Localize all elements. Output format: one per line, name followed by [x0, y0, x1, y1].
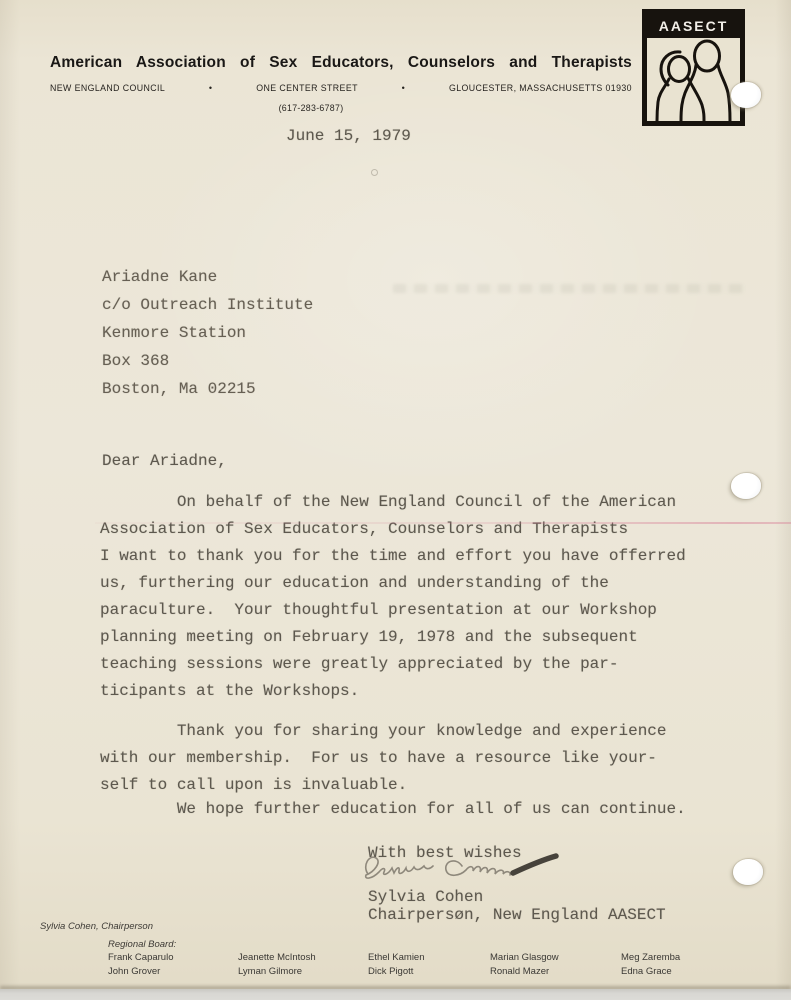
- board-member: Meg Zaremba: [621, 952, 680, 963]
- signer-title: Chairpersøn, New England AASECT: [368, 902, 666, 929]
- phone-number: (617-283-6787): [250, 103, 372, 113]
- board-member-column: Ethel KamienDick Pigott: [368, 951, 425, 978]
- board-member: Ethel Kamien: [368, 952, 425, 963]
- dust-mark: [371, 169, 378, 176]
- footer-board-label: Regional Board:: [108, 939, 176, 950]
- board-member-column: Marian GlasgowRonald Mazer: [490, 951, 559, 978]
- two-figures-icon: [647, 38, 740, 121]
- signature-handwriting: [358, 846, 598, 888]
- city-label: GLOUCESTER, MASSACHUSETTS 01930: [449, 83, 632, 93]
- scan-artifact-line: [95, 522, 791, 524]
- punch-hole: [731, 82, 761, 108]
- council-label: NEW ENGLAND COUNCIL: [50, 83, 165, 93]
- board-member: Dick Pigott: [368, 966, 413, 977]
- board-member: Edna Grace: [621, 966, 672, 977]
- bullet-separator-icon: •: [209, 84, 213, 93]
- punch-hole: [733, 859, 763, 885]
- board-member: Marian Glasgow: [490, 952, 559, 963]
- board-member: Ronald Mazer: [490, 966, 549, 977]
- salutation: Dear Ariadne,: [102, 448, 227, 475]
- board-member-column: Frank CaparuloJohn Grover: [108, 951, 173, 978]
- logo-acronym-banner: AASECT: [647, 14, 740, 38]
- bleed-through-smudge: [393, 284, 745, 293]
- bullet-separator-icon: •: [402, 84, 406, 93]
- street-label: ONE CENTER STREET: [256, 83, 358, 93]
- punch-hole: [731, 473, 761, 499]
- body-paragraph-3: We hope further education for all of us …: [100, 796, 686, 823]
- footer-chairperson: Sylvia Cohen, Chairperson: [40, 921, 153, 932]
- board-member-column: Jeanette McIntoshLyman Gilmore: [238, 951, 316, 978]
- board-member: Jeanette McIntosh: [238, 952, 316, 963]
- scanner-background: [0, 989, 791, 1000]
- aasect-logo: AASECT: [642, 9, 745, 126]
- board-member: John Grover: [108, 966, 160, 977]
- letter-page: American Association of Sex Educators, C…: [0, 0, 791, 1000]
- date-line: June 15, 1979: [286, 123, 411, 150]
- recipient-address: Ariadne Kane c/o Outreach Institute Kenm…: [102, 263, 313, 403]
- body-paragraph-2: Thank you for sharing your knowledge and…: [100, 718, 667, 799]
- footer-board-members: Frank CaparuloJohn Grover Jeanette McInt…: [0, 951, 791, 981]
- board-member-column: Meg ZarembaEdna Grace: [621, 951, 680, 978]
- letterhead-subline: NEW ENGLAND COUNCIL • ONE CENTER STREET …: [50, 83, 632, 93]
- board-member: Lyman Gilmore: [238, 966, 302, 977]
- org-title: American Association of Sex Educators, C…: [50, 54, 632, 72]
- board-member: Frank Caparulo: [108, 952, 173, 963]
